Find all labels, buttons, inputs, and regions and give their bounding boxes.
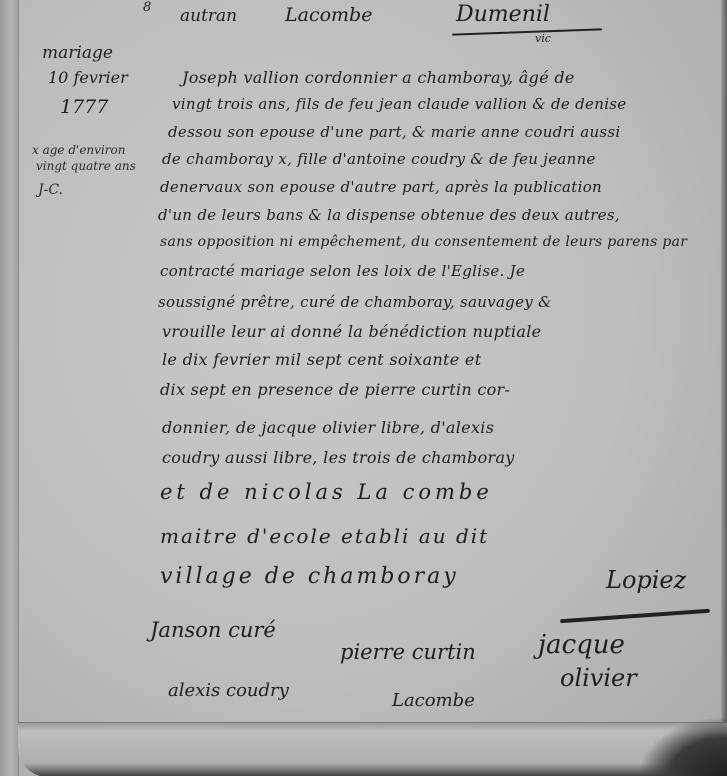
signature-pierre-curtin: pierre curtin xyxy=(340,640,476,664)
page-right-edge xyxy=(721,0,727,776)
page-bottom-fold xyxy=(18,722,727,776)
body-line-16: maitre d'ecole etabli au dit xyxy=(160,524,489,548)
body-line-3: dessou son epouse d'une part, & marie an… xyxy=(168,123,621,141)
page-binding xyxy=(0,0,19,776)
header-signature-autran: autran xyxy=(180,6,237,26)
header-flourish-text: vic xyxy=(535,32,551,45)
signature-olivier: olivier xyxy=(560,664,637,692)
signature-jacque: jacque xyxy=(538,630,625,660)
header-flourish xyxy=(452,28,602,35)
margin-annotation-1: x age d'environ xyxy=(32,142,125,158)
signature-lopiez-underline xyxy=(560,609,710,623)
body-line-8: contracté mariage selon les loix de l'Eg… xyxy=(160,262,525,280)
body-line-1: Joseph vallion cordonnier a chamboray, â… xyxy=(182,68,575,87)
body-line-17: village de chamboray xyxy=(160,564,459,589)
signature-janson: Janson curé xyxy=(150,618,276,642)
body-line-10: vrouille leur ai donné la bénédiction nu… xyxy=(162,322,541,341)
page-shadow-corner xyxy=(637,716,727,776)
body-line-6: d'un de leurs bans & la dispense obtenue… xyxy=(158,206,620,224)
body-line-13: donnier, de jacque olivier libre, d'alex… xyxy=(162,418,494,437)
signature-alexis-coudry: alexis coudry xyxy=(168,680,289,701)
margin-initials: J-C. xyxy=(38,182,63,198)
header-signature-lacombe: Lacombe xyxy=(285,4,372,26)
signature-lopiez: Lopiez xyxy=(606,566,686,594)
margin-year: 1777 xyxy=(60,96,108,118)
body-line-11: le dix fevrier mil sept cent soixante et xyxy=(162,350,481,369)
body-line-9: soussigné prêtre, curé de chamboray, sau… xyxy=(158,293,552,311)
body-line-12: dix sept en presence de pierre curtin co… xyxy=(160,380,510,399)
signature-lacombe: Lacombe xyxy=(392,690,475,711)
body-line-4: de chamboray x, fille d'antoine coudry &… xyxy=(162,150,596,168)
body-line-7: sans opposition ni empêchement, du conse… xyxy=(160,234,687,250)
margin-annotation-2: vingt quatre ans xyxy=(36,158,136,174)
body-line-15: et de nicolas La combe xyxy=(160,480,493,504)
body-line-14: coudry aussi libre, les trois de chambor… xyxy=(162,448,515,467)
margin-date: 10 fevrier xyxy=(48,68,128,87)
body-line-2: vingt trois ans, fils de feu jean claude… xyxy=(172,95,626,113)
header-mark: 8 xyxy=(143,0,152,15)
header-signature-dumenil: Dumenil xyxy=(456,2,550,27)
body-line-5: denervaux son epouse d'autre part, après… xyxy=(160,178,602,196)
register-page: 8 autran Lacombe Dumenil vic mariage 10 … xyxy=(0,0,727,776)
margin-title: mariage xyxy=(42,43,113,63)
